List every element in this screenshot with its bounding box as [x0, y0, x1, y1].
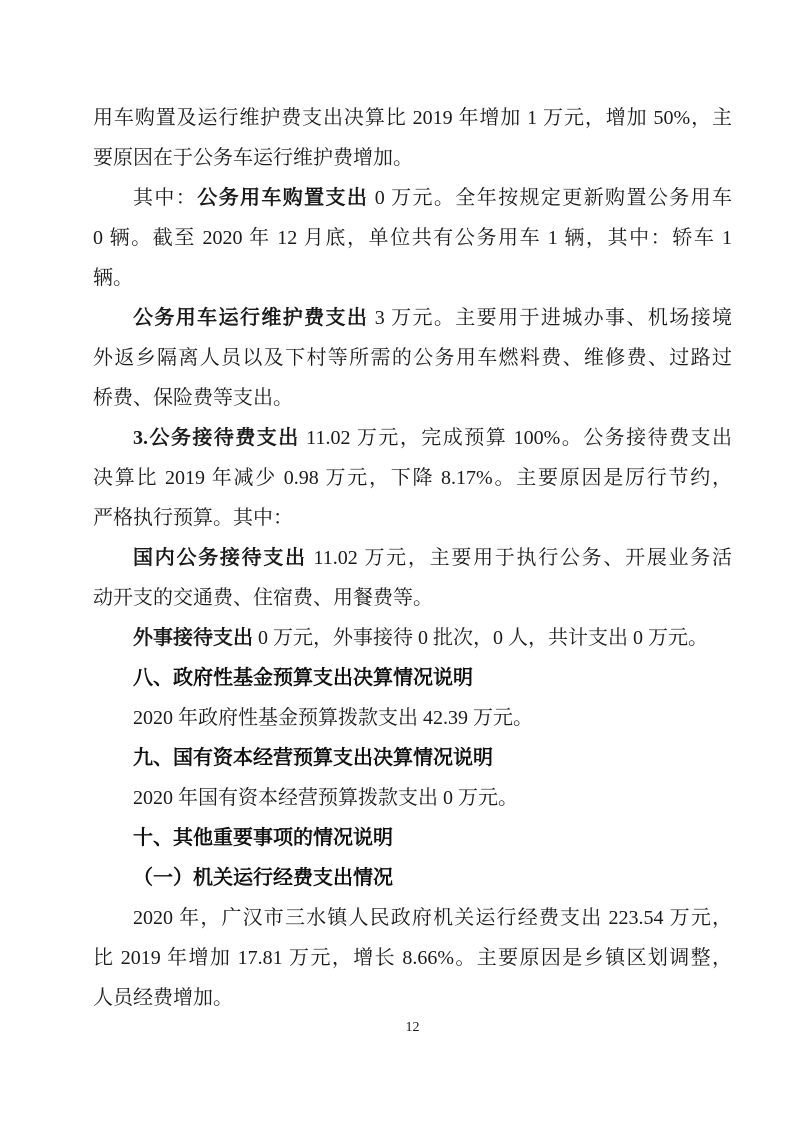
line-text: 0 万元，外事接待 0 批次，0 人，共计支出 0 万元。 — [253, 627, 708, 649]
line-text: 动开支的交通费、住宿费、用餐费等。 — [93, 587, 433, 609]
text-line: 2020 年政府性基金预算拨款支出 42.39 万元。 — [93, 698, 732, 738]
line-text: 11.02 万元，主要用于执行公务、开展业务活 — [307, 547, 732, 569]
text-line: 2020 年，广汉市三水镇人民政府机关运行经费支出 223.54 万元， — [93, 898, 732, 938]
line-text: 2020 年国有资本经营预算拨款支出 0 万元。 — [133, 787, 518, 809]
line-text-bold: 外事接待支出 — [133, 627, 253, 649]
section-heading-line: 九、国有资本经营预算支出决算情况说明 — [93, 738, 732, 778]
line-text: 决算比 2019 年减少 0.98 万元，下降 8.17%。主要原因是厉行节约， — [93, 467, 732, 489]
text-line: 比 2019 年增加 17.81 万元，增长 8.66%。主要原因是乡镇区划调整… — [93, 938, 732, 978]
document-page: 用车购置及运行维护费支出决算比 2019 年增加 1 万元，增加 50%，主要原… — [0, 0, 792, 1122]
line-text: 外返乡隔离人员以及下村等所需的公务用车燃料费、维修费、过路过 — [93, 347, 732, 369]
line-text: 0 辆。截至 2020 年 12 月底，单位共有公务用车 1 辆，其中：轿车 1 — [93, 227, 732, 249]
line-text: 比 2019 年增加 17.81 万元，增长 8.66%。主要原因是乡镇区划调整… — [93, 947, 732, 969]
line-text: （一）机关运行经费支出情况 — [133, 867, 393, 889]
text-line: 严格执行预算。其中： — [93, 498, 732, 538]
line-text: 11.02 万元，完成预算 100%。公务接待费支出 — [300, 427, 732, 449]
text-line: 外返乡隔离人员以及下村等所需的公务用车燃料费、维修费、过路过 — [93, 338, 732, 378]
text-line: 其中：公务用车购置支出 0 万元。全年按规定更新购置公务用车 — [93, 178, 732, 218]
line-text: 其中： — [133, 187, 197, 209]
line-text: 0 万元。全年按规定更新购置公务用车 — [368, 187, 732, 209]
line-text-bold: 公务用车购置支出 — [197, 187, 368, 209]
line-text: 桥费、保险费等支出。 — [93, 387, 293, 409]
line-text: 2020 年政府性基金预算拨款支出 42.39 万元。 — [133, 707, 533, 729]
line-text-bold: 3.公务接待费支出 — [133, 427, 300, 449]
line-text: 要原因在于公务车运行维护费增加。 — [93, 147, 413, 169]
line-text-bold: 国内公务接待支出 — [133, 547, 307, 569]
section-heading-line: 八、政府性基金预算支出决算情况说明 — [93, 658, 732, 698]
line-text: 十、其他重要事项的情况说明 — [133, 827, 393, 849]
line-text: 用车购置及运行维护费支出决算比 2019 年增加 1 万元，增加 50%，主 — [93, 107, 732, 129]
text-line: 辆。 — [93, 258, 732, 298]
line-text: 3 万元。主要用于进城办事、机场接境 — [368, 307, 732, 329]
page-number: 12 — [93, 1016, 732, 1040]
text-line: 外事接待支出 0 万元，外事接待 0 批次，0 人，共计支出 0 万元。 — [93, 618, 732, 658]
text-line: 决算比 2019 年减少 0.98 万元，下降 8.17%。主要原因是厉行节约， — [93, 458, 732, 498]
text-line: 2020 年国有资本经营预算拨款支出 0 万元。 — [93, 778, 732, 818]
line-text: 人员经费增加。 — [93, 987, 233, 1009]
text-line: 要原因在于公务车运行维护费增加。 — [93, 138, 732, 178]
text-line: 人员经费增加。 — [93, 978, 732, 1018]
text-line: 公务用车运行维护费支出 3 万元。主要用于进城办事、机场接境 — [93, 298, 732, 338]
line-text: 辆。 — [93, 267, 133, 289]
line-text: 八、政府性基金预算支出决算情况说明 — [133, 667, 473, 689]
text-line: 3.公务接待费支出 11.02 万元，完成预算 100%。公务接待费支出 — [93, 418, 732, 458]
line-text: 严格执行预算。其中： — [93, 507, 293, 529]
text-line: 0 辆。截至 2020 年 12 月底，单位共有公务用车 1 辆，其中：轿车 1 — [93, 218, 732, 258]
subsection-heading-line: （一）机关运行经费支出情况 — [93, 858, 732, 898]
section-heading-line: 十、其他重要事项的情况说明 — [93, 818, 732, 858]
text-block: 用车购置及运行维护费支出决算比 2019 年增加 1 万元，增加 50%，主要原… — [93, 98, 732, 1018]
text-line: 桥费、保险费等支出。 — [93, 378, 732, 418]
text-line: 国内公务接待支出 11.02 万元，主要用于执行公务、开展业务活 — [93, 538, 732, 578]
line-text: 九、国有资本经营预算支出决算情况说明 — [133, 747, 493, 769]
text-line: 动开支的交通费、住宿费、用餐费等。 — [93, 578, 732, 618]
line-text-bold: 公务用车运行维护费支出 — [133, 307, 368, 329]
line-text: 2020 年，广汉市三水镇人民政府机关运行经费支出 223.54 万元， — [133, 907, 732, 929]
text-line: 用车购置及运行维护费支出决算比 2019 年增加 1 万元，增加 50%，主 — [93, 98, 732, 138]
